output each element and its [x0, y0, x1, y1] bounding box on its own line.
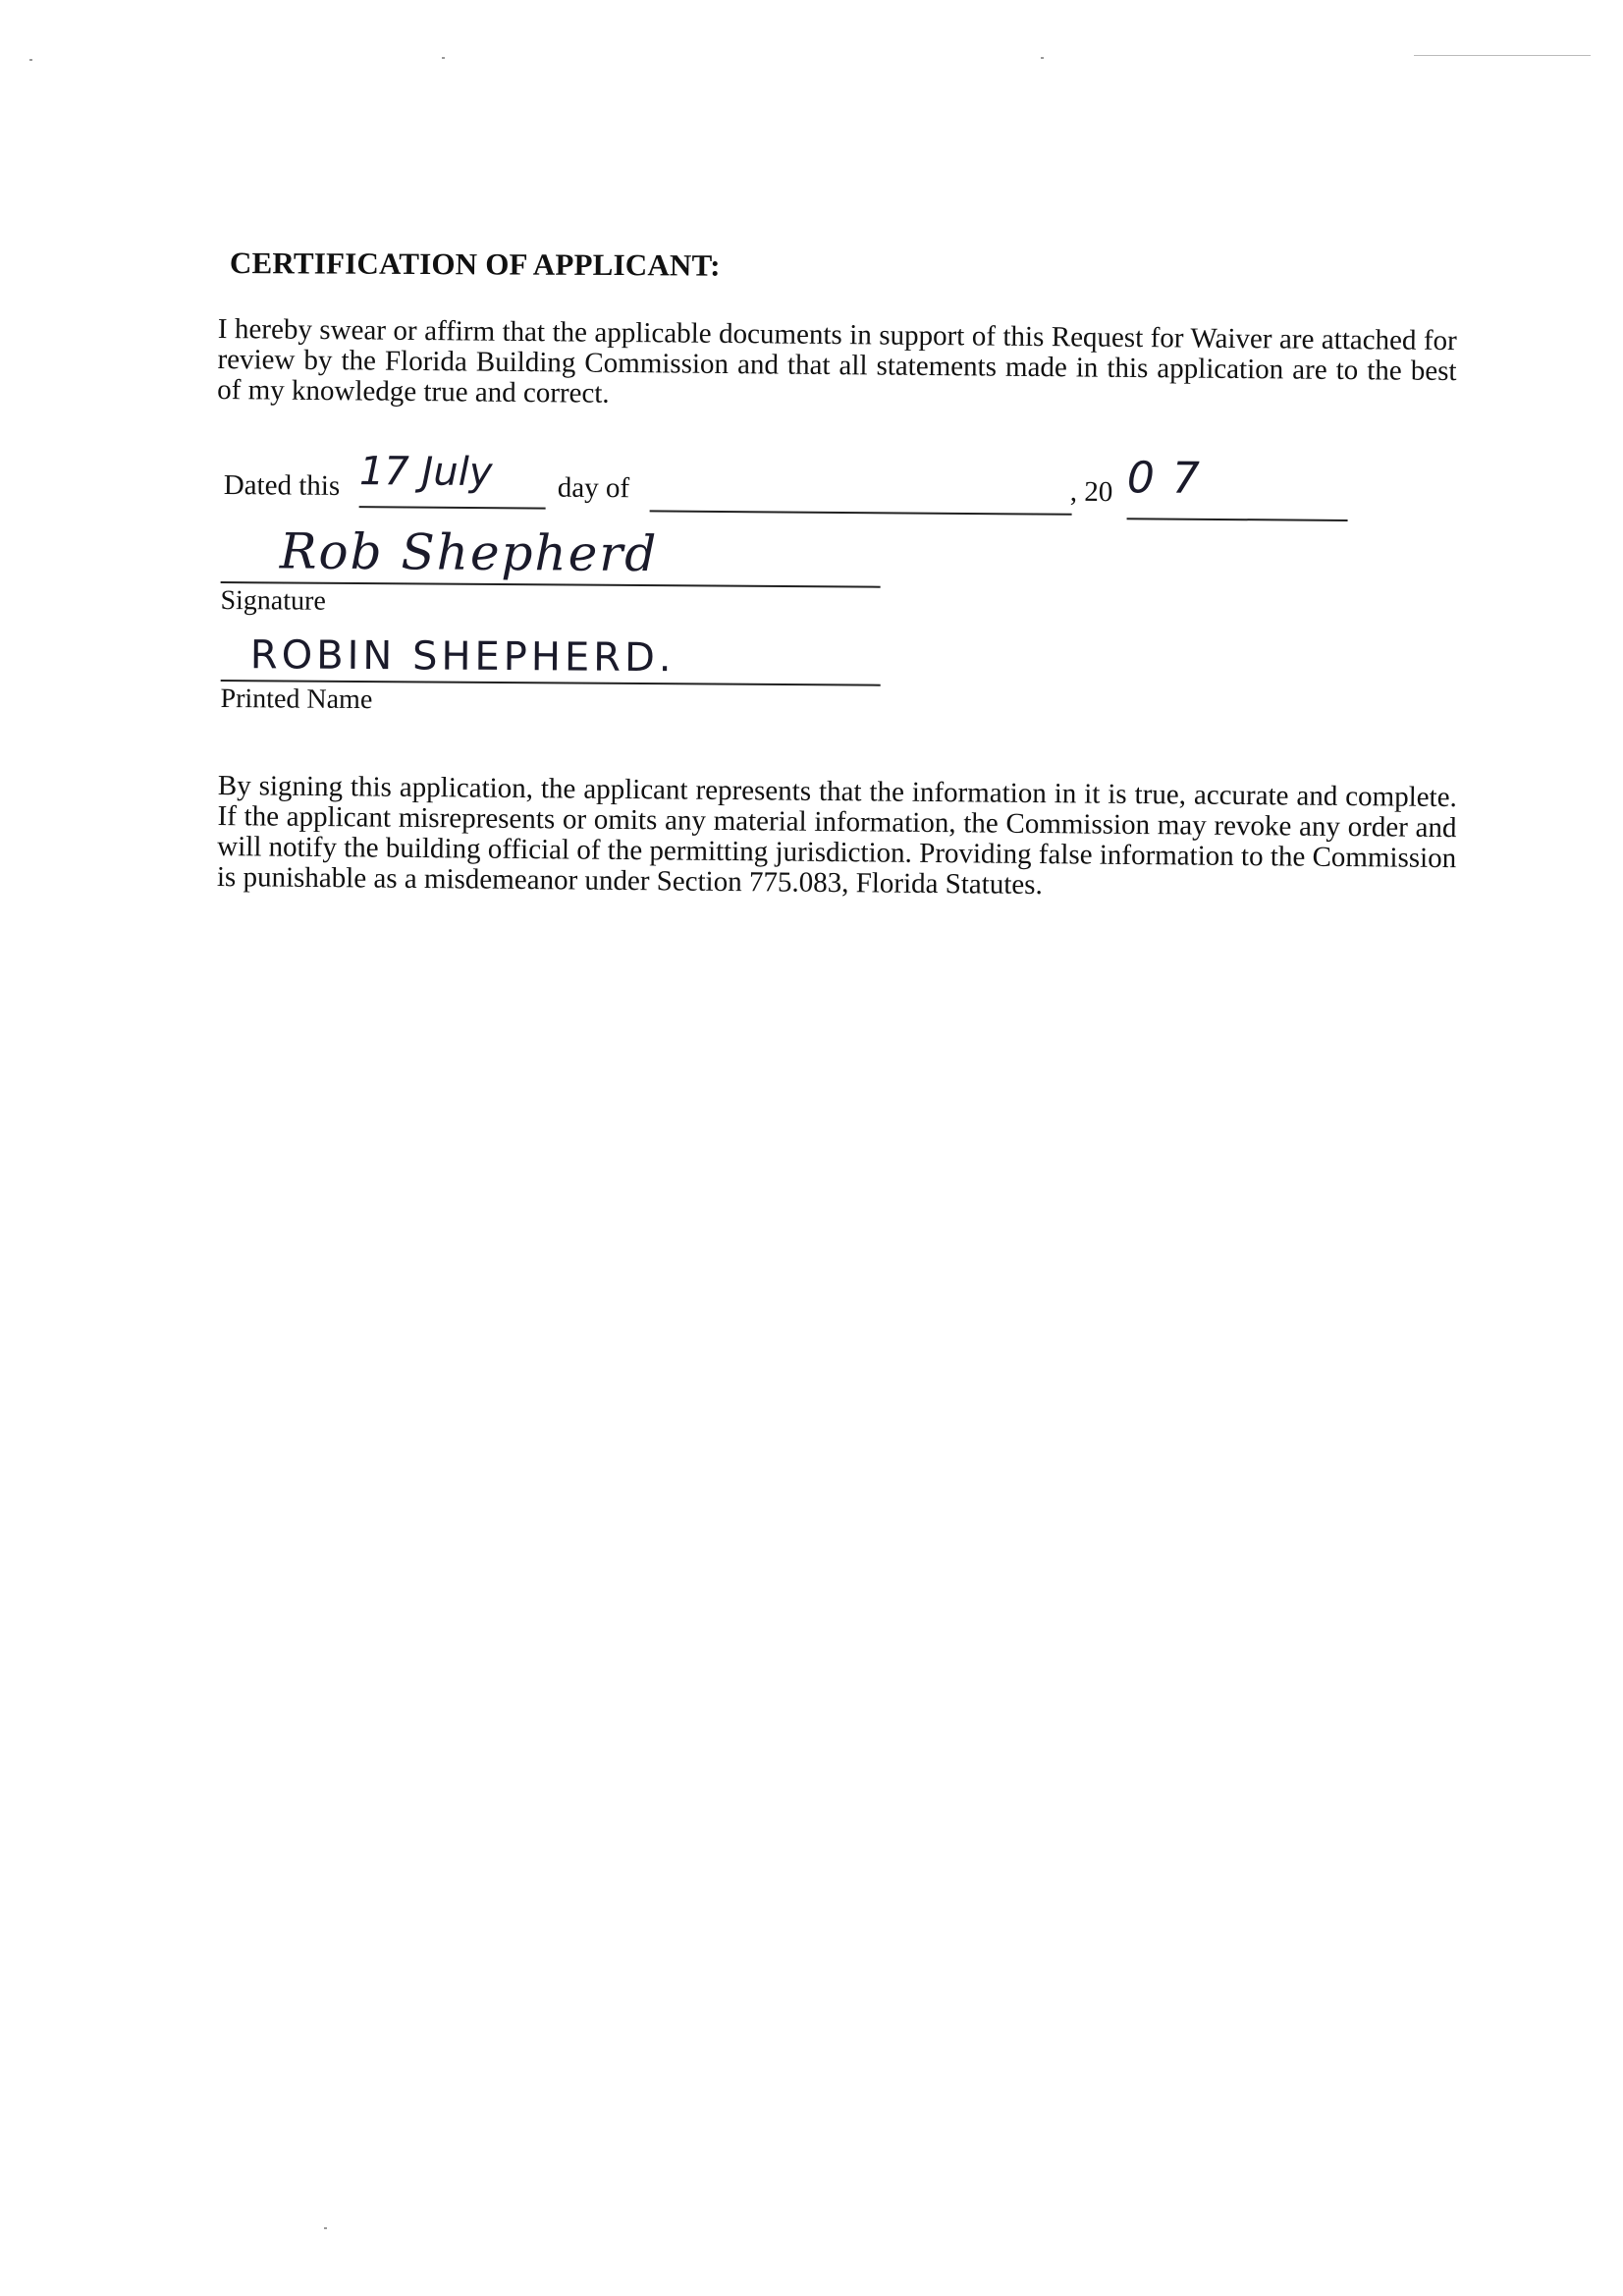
signature-block: Rob Shepherd Signature: [220, 530, 908, 624]
affirmation-paragraph: I hereby swear or affirm that the applic…: [217, 314, 1457, 417]
certification-heading: CERTIFICATION OF APPLICANT:: [230, 246, 721, 284]
month-underline: [650, 510, 1072, 515]
scan-artifact: [442, 57, 445, 59]
document-page: CERTIFICATION OF APPLICANT: I hereby swe…: [0, 0, 1623, 2296]
day-field[interactable]: 17 July: [359, 449, 493, 495]
year-prefix: , 20: [1070, 476, 1113, 509]
scan-artifact: [324, 2227, 327, 2229]
scan-artifact: [29, 59, 32, 61]
signature-field[interactable]: Rob Shepherd: [280, 522, 659, 582]
scan-artifact: [1041, 57, 1044, 59]
dated-middle: day of: [558, 472, 630, 506]
printed-name-block: ROBIN SHEPHERD. Printed Name: [220, 638, 908, 737]
signature-caption: Signature: [220, 585, 326, 618]
day-underline: [359, 506, 546, 509]
scan-artifact: [1414, 55, 1591, 56]
printed-name-caption: Printed Name: [220, 683, 372, 716]
disclaimer-paragraph: By signing this application, the applica…: [217, 771, 1457, 904]
dated-prefix: Dated this: [224, 469, 341, 503]
year-field[interactable]: 07: [1127, 453, 1217, 504]
year-underline: [1127, 518, 1348, 521]
dated-line: Dated this 17 July day of , 20 07: [224, 462, 1363, 529]
printed-name-field[interactable]: ROBIN SHEPHERD.: [250, 632, 676, 681]
